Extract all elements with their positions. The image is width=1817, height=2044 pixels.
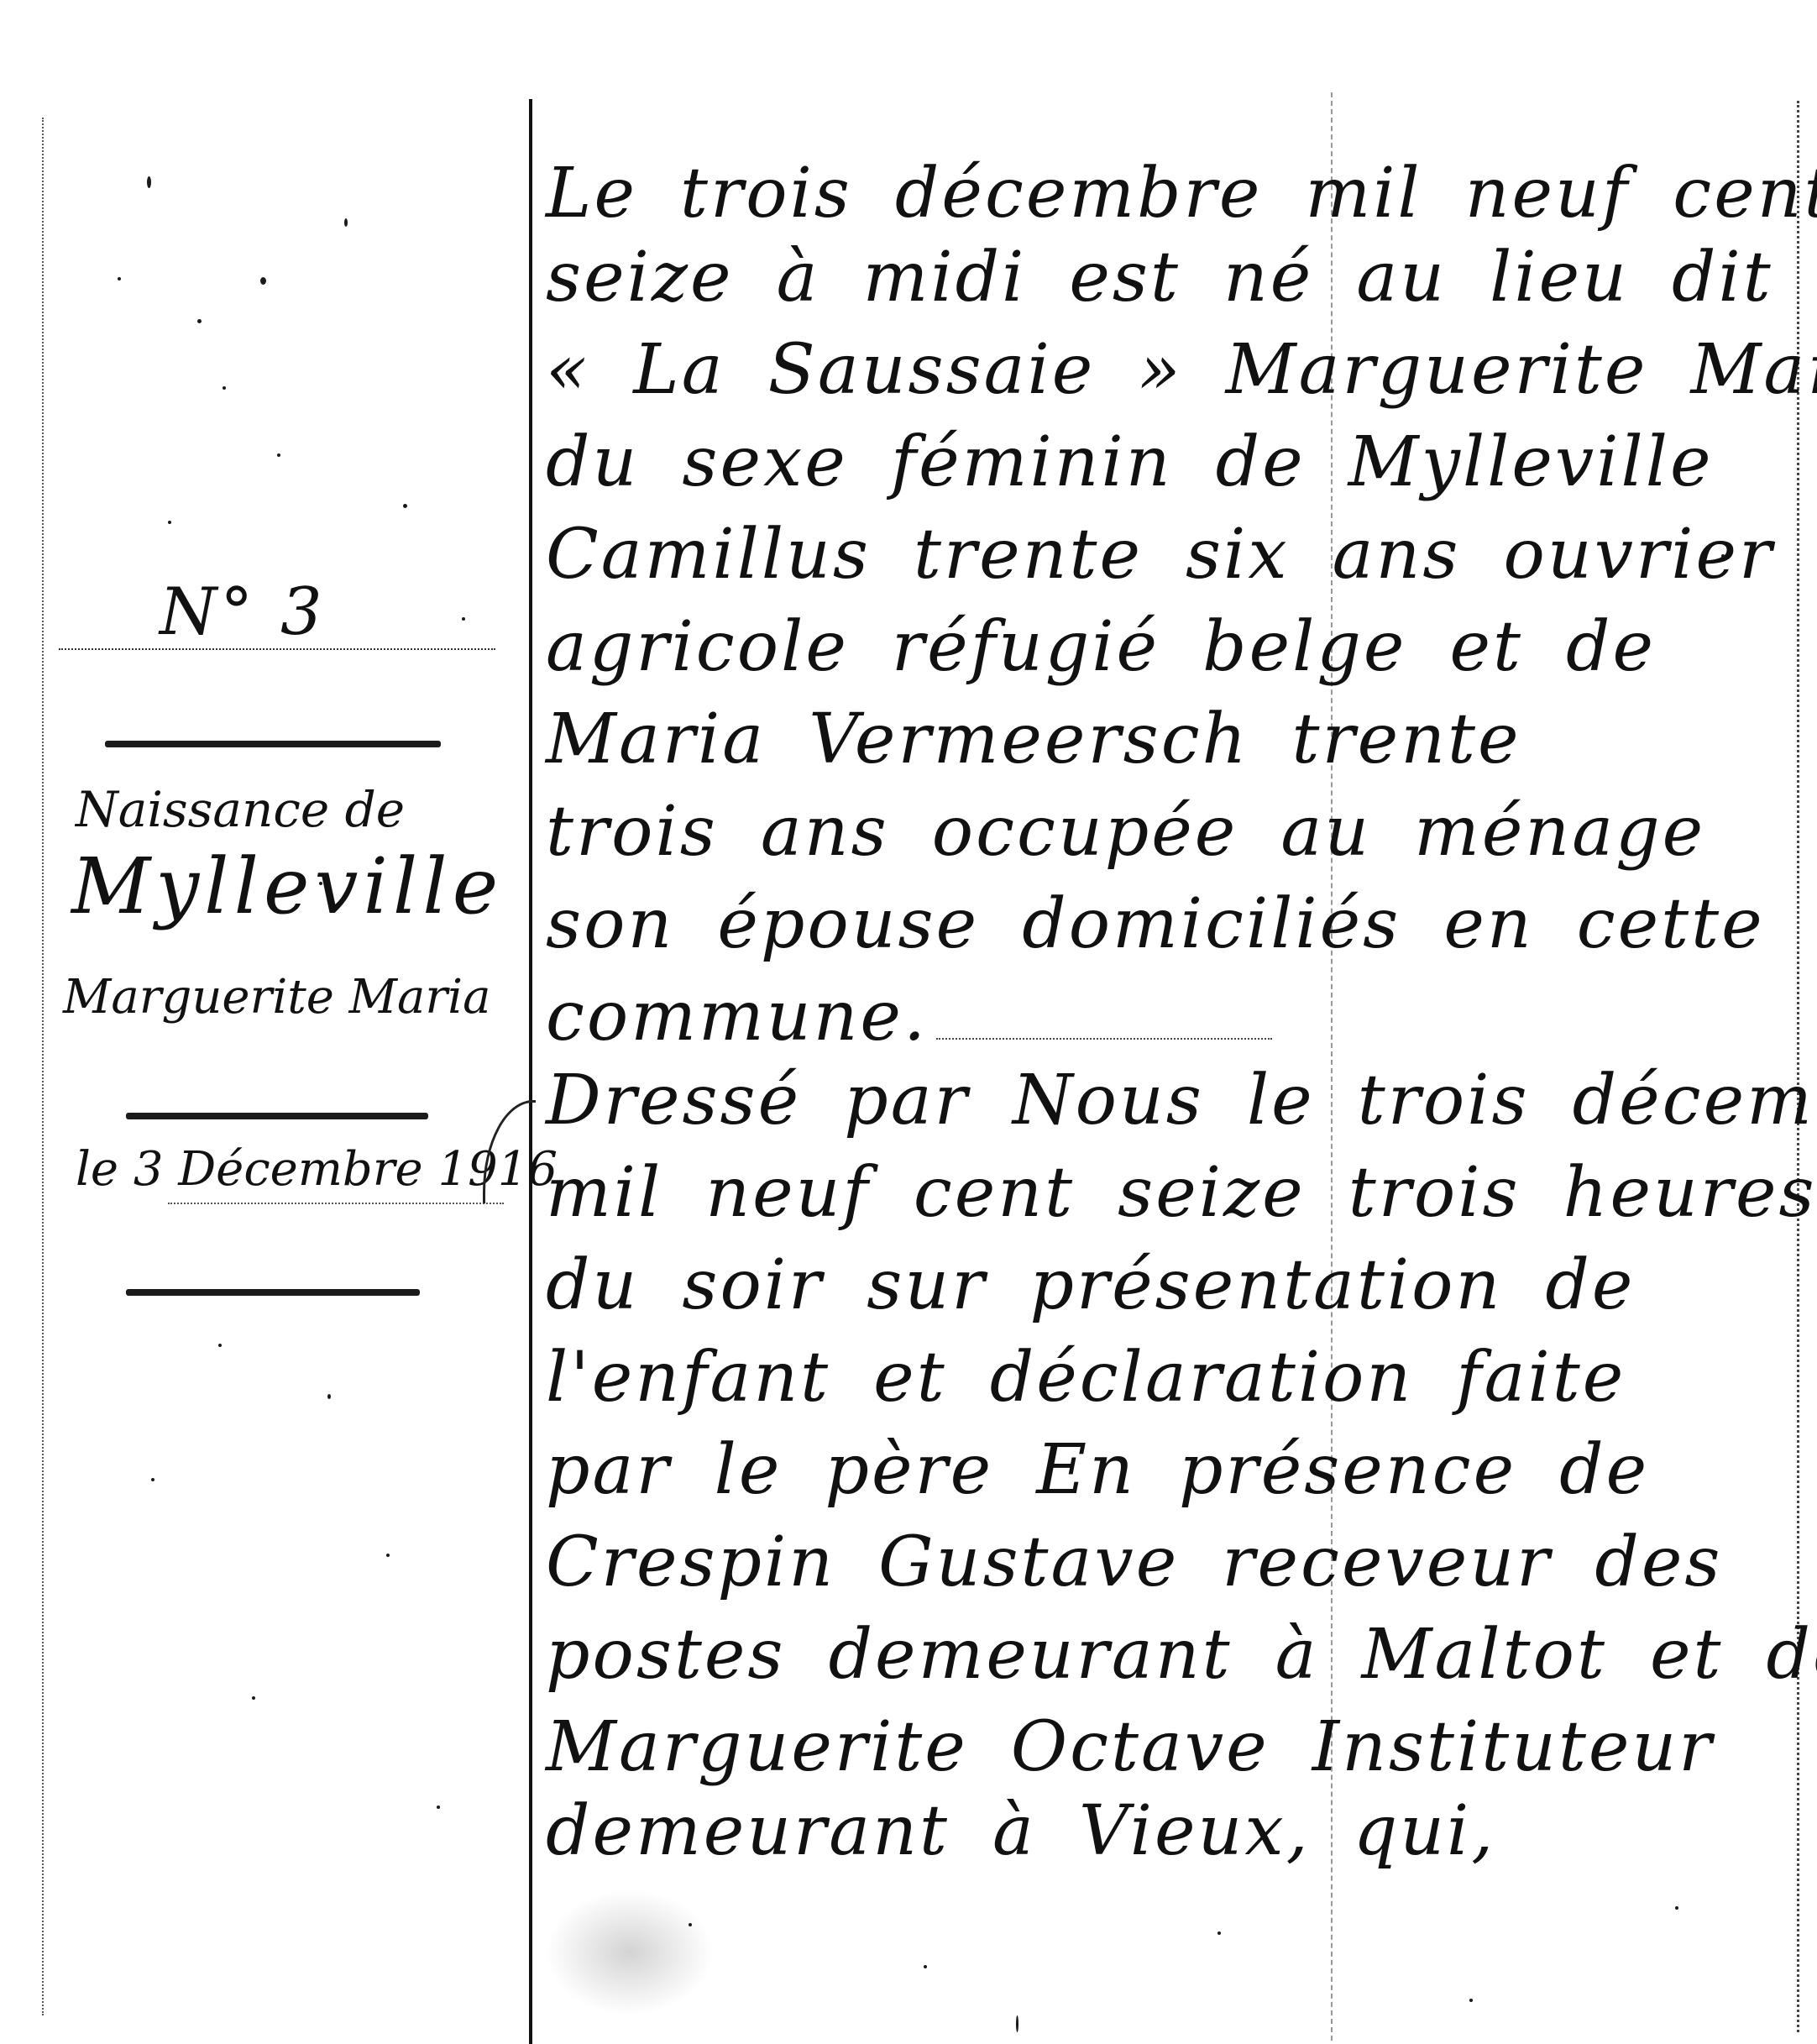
scan-speckle bbox=[403, 504, 407, 508]
scan-speckle bbox=[260, 277, 266, 285]
body-line-text: commune. bbox=[546, 977, 928, 1056]
body-line: demeurant à Vieux, qui, bbox=[546, 1797, 1495, 1866]
margin-title: Naissance de bbox=[76, 785, 405, 834]
scan-speckle bbox=[1469, 1999, 1473, 2002]
body-line: du sexe féminin de Mylleville bbox=[546, 428, 1713, 497]
act-number-dotted-line bbox=[59, 648, 495, 650]
body-line: Camillus trente six ans ouvrier bbox=[546, 521, 1774, 590]
act-number: N° 3 bbox=[160, 579, 326, 645]
scan-speckle bbox=[327, 1394, 331, 1399]
scan-smudge bbox=[546, 1889, 714, 2015]
scan-speckle bbox=[1721, 554, 1725, 558]
body-line: « La Saussaie » Marguerite Maria bbox=[546, 336, 1817, 405]
scan-speckle bbox=[462, 617, 465, 621]
scan-speckle bbox=[151, 1478, 154, 1481]
body-line: mil neuf cent seize trois heures bbox=[546, 1159, 1817, 1228]
scan-speckle bbox=[689, 1923, 692, 1926]
body-line: trois ans occupée au ménage bbox=[546, 798, 1705, 867]
body-line: Dressé par Nous le trois décembre bbox=[546, 1067, 1817, 1135]
scan-speckle bbox=[344, 218, 348, 227]
scan-speckle bbox=[147, 176, 151, 188]
body-line: seize à midi est né au lieu dit bbox=[546, 244, 1773, 312]
dotted-fill-line bbox=[936, 1037, 1272, 1040]
scan-speckle bbox=[1217, 1931, 1221, 1935]
margin-divider-line bbox=[529, 99, 532, 2044]
scan-speckle bbox=[319, 882, 322, 885]
margin-rule-2 bbox=[126, 1113, 428, 1119]
body-line: par le père En présence de bbox=[546, 1436, 1649, 1505]
margin-surname: Mylleville bbox=[71, 848, 503, 925]
body-line: Crespin Gustave receveur des bbox=[546, 1528, 1723, 1597]
scan-speckle bbox=[197, 319, 202, 323]
body-line: l'enfant et déclaration faite bbox=[546, 1344, 1626, 1412]
body-line: commune. bbox=[546, 983, 1272, 1051]
scan-speckle bbox=[1675, 1906, 1678, 1910]
body-line: Le trois décembre mil neuf cent bbox=[546, 160, 1817, 228]
scan-speckle bbox=[277, 453, 280, 457]
margin-rule-3 bbox=[126, 1289, 420, 1296]
scan-speckle bbox=[168, 521, 171, 524]
scan-speckle bbox=[386, 1554, 390, 1557]
body-line: Marguerite Octave Instituteur bbox=[546, 1713, 1714, 1782]
scan-speckle bbox=[1016, 2015, 1018, 2032]
body-line: son épouse domiciliés en cette bbox=[546, 890, 1765, 959]
scan-speckle bbox=[223, 386, 226, 390]
left-page-edge bbox=[42, 118, 44, 2015]
scan-speckle bbox=[218, 1344, 222, 1347]
margin-date-dotted-line bbox=[168, 1203, 504, 1204]
scan-speckle bbox=[924, 1965, 927, 1968]
scan-speckle bbox=[118, 277, 121, 280]
scan-speckle bbox=[437, 1806, 440, 1809]
body-line: agricole réfugié belge et de bbox=[546, 613, 1656, 682]
body-line: du soir sur présentation de bbox=[546, 1251, 1635, 1320]
body-line: postes demeurant à Maltot et de bbox=[546, 1621, 1817, 1690]
margin-given-names: Marguerite Maria bbox=[63, 974, 490, 1021]
body-line: Maria Vermeersch trente bbox=[546, 705, 1521, 774]
scan-speckle bbox=[252, 1696, 255, 1700]
margin-rule-1 bbox=[105, 741, 441, 747]
scanned-register-page: N° 3 Naissance de Mylleville Marguerite … bbox=[0, 0, 1817, 2044]
